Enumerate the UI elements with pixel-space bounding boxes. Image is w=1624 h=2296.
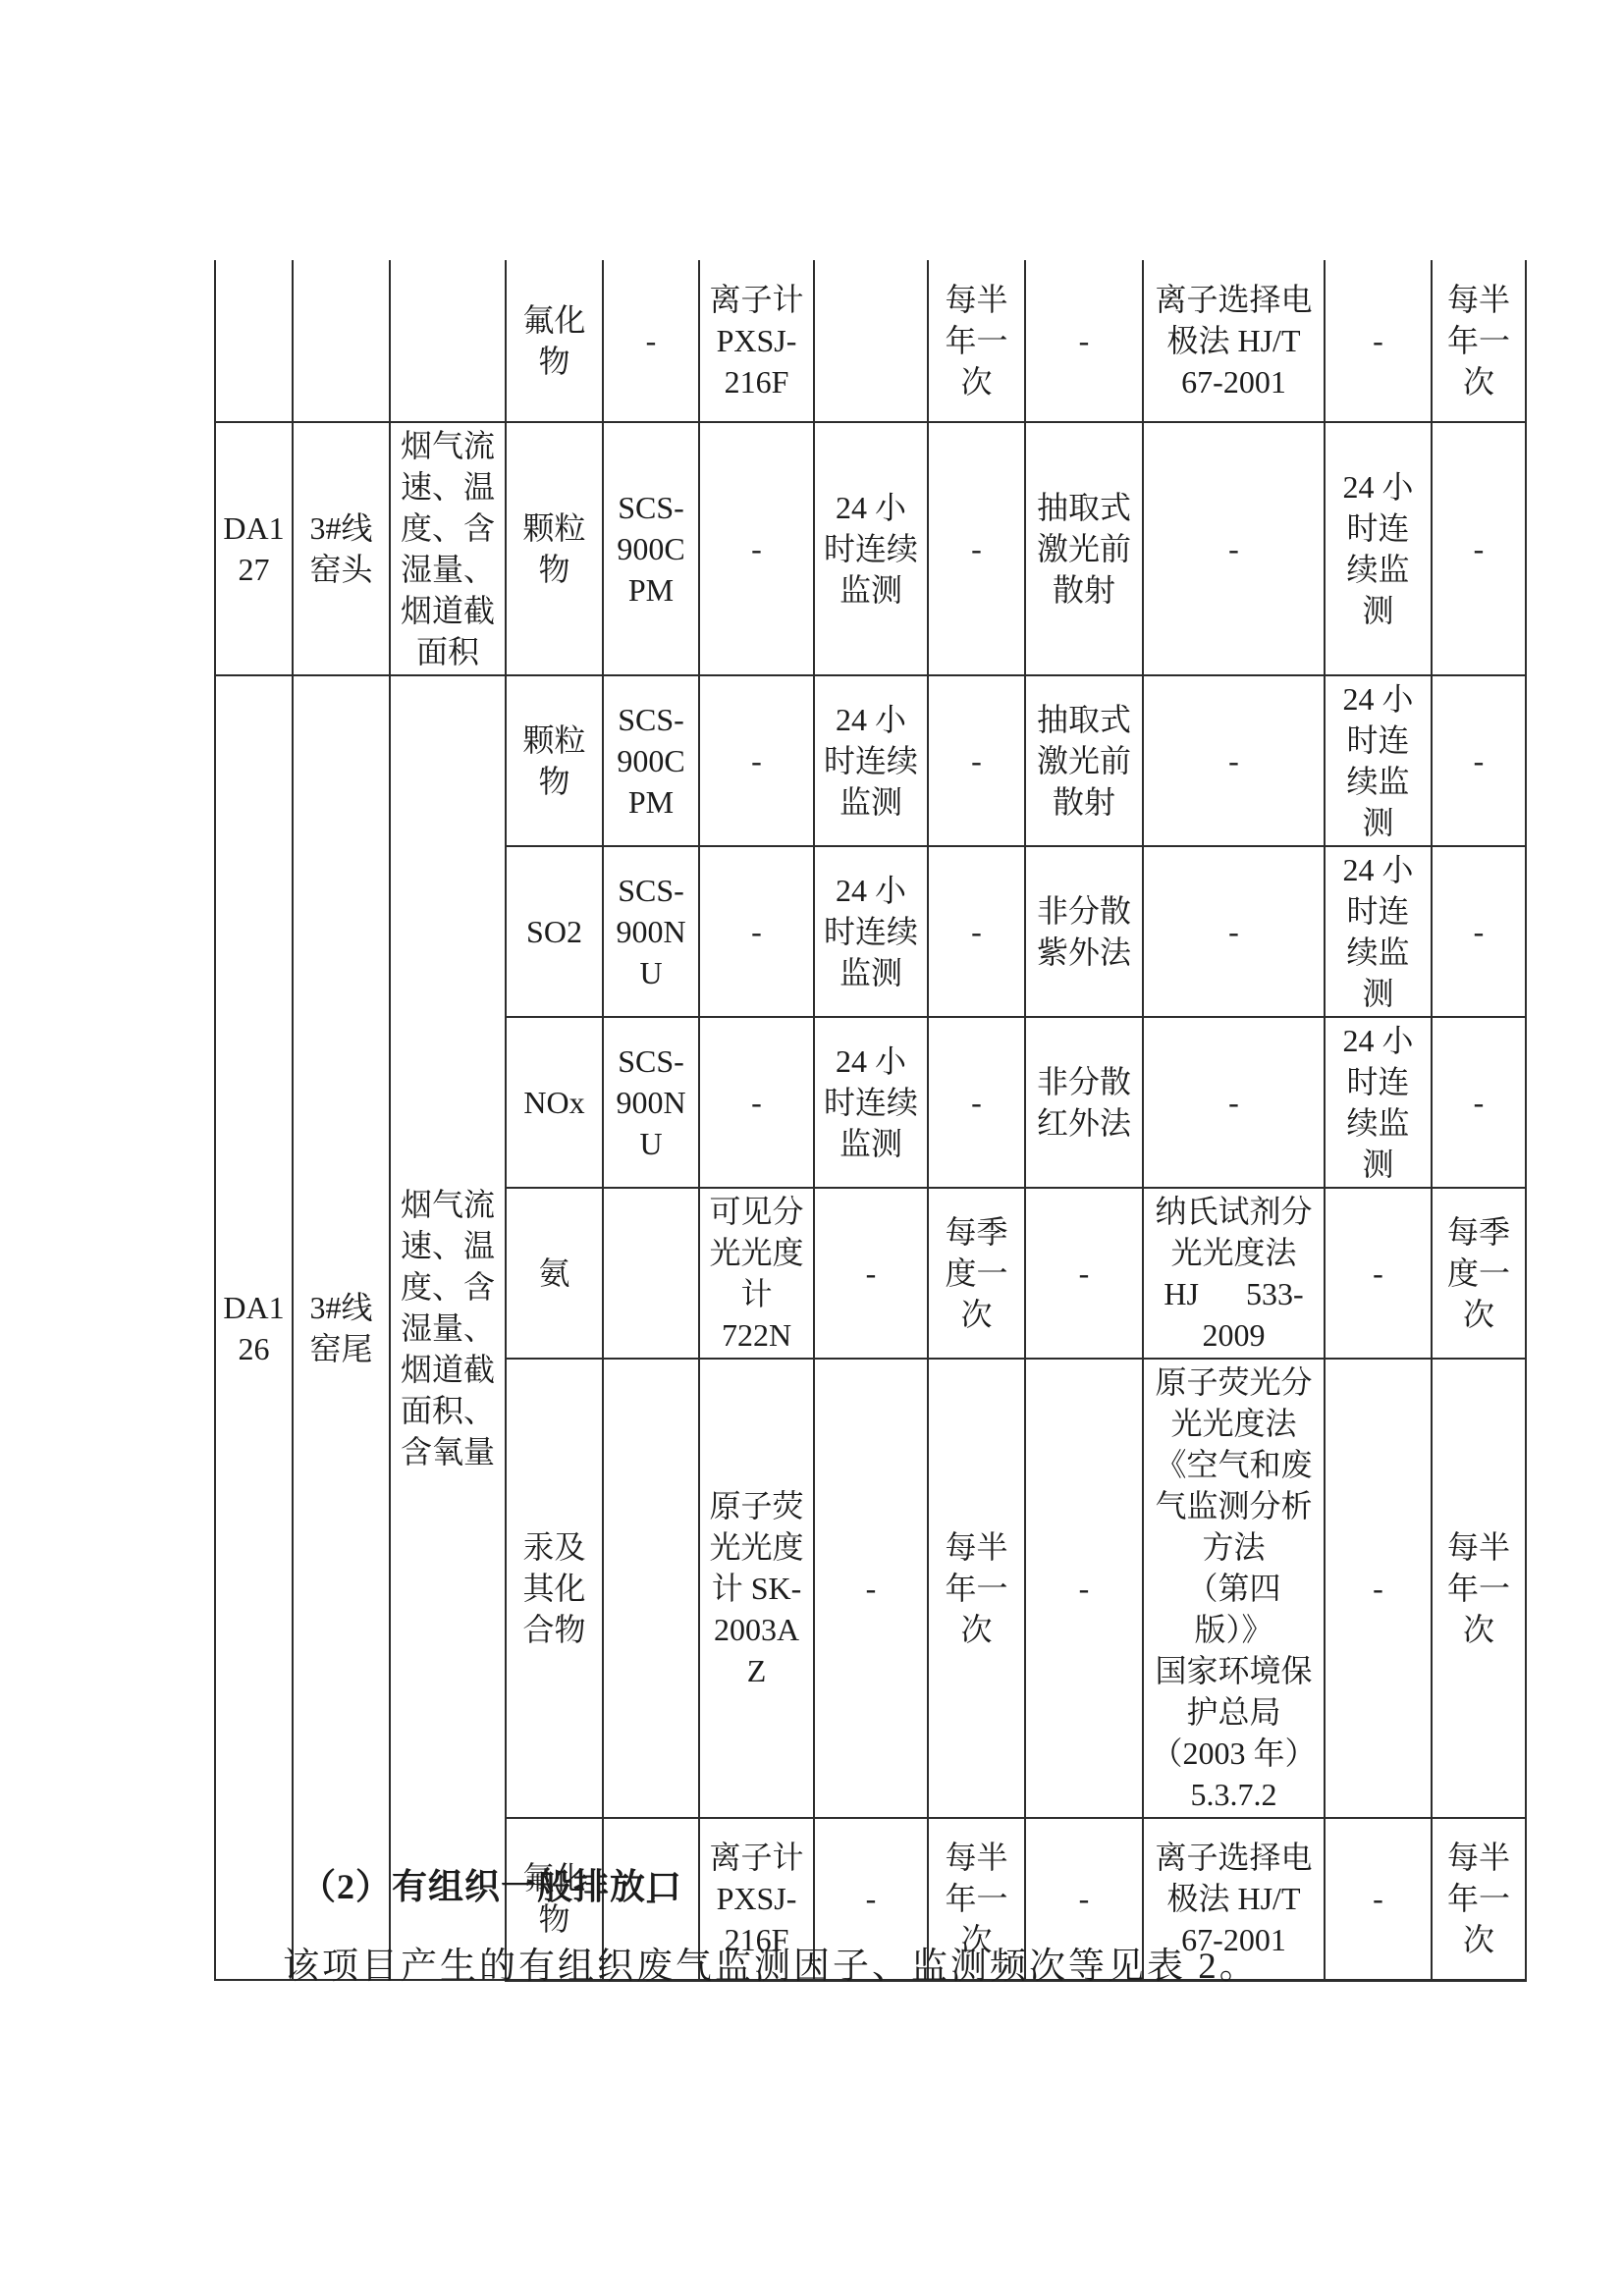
- table-cell: [293, 260, 390, 422]
- table-row: DA1 27 3#线 窑头 烟气流 速、温 度、含 湿量、 烟道截 面积 颗粒 …: [215, 422, 1526, 675]
- table-cell: 原子荧光分 光光度法 《空气和废 气监测分析 方法 （第四版）》 国家环境保 护…: [1143, 1359, 1325, 1818]
- table-cell: SCS- 900C PM: [603, 422, 699, 675]
- table-cell: 3#线 窑头: [293, 422, 390, 675]
- table-cell: 24 小 时连 续监 测: [1325, 1017, 1432, 1188]
- table-cell: 24 小 时连续 监测: [814, 1017, 928, 1188]
- table-cell: 颗粒 物: [506, 422, 603, 675]
- table-cell: -: [1143, 675, 1325, 846]
- table-cell: -: [699, 675, 814, 846]
- table-cell: -: [1025, 1188, 1143, 1359]
- table-cell: 纳氏试剂分 光光度法 HJ 533- 2009: [1143, 1188, 1325, 1359]
- table-cell: 非分散 紫外法: [1025, 846, 1143, 1017]
- table-cell: -: [699, 846, 814, 1017]
- table-cell: 抽取式 激光前 散射: [1025, 422, 1143, 675]
- table-cell: [814, 260, 928, 422]
- table-cell: 原子荧 光光度 计 SK- 2003AZ: [699, 1359, 814, 1818]
- table-cell: 24 小 时连续 监测: [814, 422, 928, 675]
- table-cell: SCS- 900C PM: [603, 675, 699, 846]
- table-cell: 离子选择电 极法 HJ/T 67-2001: [1143, 260, 1325, 422]
- table-cell: -: [814, 1359, 928, 1818]
- table-cell: -: [1025, 260, 1143, 422]
- table-cell: -: [1143, 846, 1325, 1017]
- table-cell: -: [928, 1017, 1025, 1188]
- monitoring-table: 氟化 物 - 离子计 PXSJ- 216F 每半 年一 次 - 离子选择电 极法…: [214, 260, 1527, 1982]
- table-cell: -: [1325, 1359, 1432, 1818]
- table-cell: -: [928, 846, 1025, 1017]
- table-cell: 颗粒 物: [506, 675, 603, 846]
- table-cell: DA1 27: [215, 422, 293, 675]
- section-heading: （2）有组织一般排放口: [300, 1859, 682, 1909]
- table-cell: 烟气流 速、温 度、含 湿量、 烟道截 面积: [390, 422, 506, 675]
- table-cell: SO2: [506, 846, 603, 1017]
- table-cell: 24 小 时连 续监 测: [1325, 422, 1432, 675]
- table-cell: NOx: [506, 1017, 603, 1188]
- document-page: 氟化 物 - 离子计 PXSJ- 216F 每半 年一 次 - 离子选择电 极法…: [0, 0, 1624, 2296]
- paragraph: 该项目产生的有组织废气监测因子、监测频次等见表 2。: [283, 1936, 1259, 1989]
- table-cell: 24 小 时连 续监 测: [1325, 675, 1432, 846]
- table-cell: [215, 260, 293, 422]
- table-cell: SCS- 900N U: [603, 846, 699, 1017]
- table-cell: -: [1143, 1017, 1325, 1188]
- table-cell-outlet-location: 3#线 窑尾: [293, 675, 390, 1980]
- table-cell: 每季 度一 次: [1432, 1188, 1526, 1359]
- table-cell: [603, 1188, 699, 1359]
- table-cell-parameters: 烟气流 速、温 度、含 湿量、 烟道截 面积、 含氧量: [390, 675, 506, 1980]
- table-cell: [603, 1359, 699, 1818]
- table-cell: 离子计 PXSJ- 216F: [699, 260, 814, 422]
- table-cell: 抽取式 激光前 散射: [1025, 675, 1143, 846]
- table-cell: -: [1432, 1017, 1526, 1188]
- table-cell: [390, 260, 506, 422]
- table-cell: 每半 年一 次: [1432, 1359, 1526, 1818]
- table-cell: 每半 年一 次: [1432, 1818, 1526, 1980]
- table-cell: -: [1025, 1359, 1143, 1818]
- table-cell: -: [1325, 260, 1432, 422]
- table-cell: 24 小 时连 续监 测: [1325, 846, 1432, 1017]
- table-cell: 氨: [506, 1188, 603, 1359]
- table-cell-outlet-id: DA1 26: [215, 675, 293, 1980]
- table-cell: -: [1143, 422, 1325, 675]
- table-cell: -: [1325, 1188, 1432, 1359]
- table-cell: -: [1432, 675, 1526, 846]
- table-cell: 24 小 时连续 监测: [814, 675, 928, 846]
- table-cell: -: [699, 422, 814, 675]
- table-cell: 每半 年一 次: [928, 260, 1025, 422]
- table-cell: -: [928, 675, 1025, 846]
- table-cell: -: [1432, 846, 1526, 1017]
- table-cell: 汞及 其化 合物: [506, 1359, 603, 1818]
- table-cell: 每半 年一 次: [928, 1359, 1025, 1818]
- table-cell: -: [1432, 422, 1526, 675]
- table-cell: 24 小 时连续 监测: [814, 846, 928, 1017]
- table-cell: SCS- 900N U: [603, 1017, 699, 1188]
- table-cell: 每半 年一 次: [1432, 260, 1526, 422]
- table-cell: -: [814, 1188, 928, 1359]
- table-cell: 氟化 物: [506, 260, 603, 422]
- table-cell: 可见分 光光度 计 722N: [699, 1188, 814, 1359]
- table-cell: -: [699, 1017, 814, 1188]
- table-row: DA1 26 3#线 窑尾 烟气流 速、温 度、含 湿量、 烟道截 面积、 含氧…: [215, 675, 1526, 846]
- table-cell: -: [928, 422, 1025, 675]
- table-row: 氟化 物 - 离子计 PXSJ- 216F 每半 年一 次 - 离子选择电 极法…: [215, 260, 1526, 422]
- table-cell: 每季 度一 次: [928, 1188, 1025, 1359]
- table-cell: -: [1325, 1818, 1432, 1980]
- table-cell: -: [603, 260, 699, 422]
- table-cell: 非分散 红外法: [1025, 1017, 1143, 1188]
